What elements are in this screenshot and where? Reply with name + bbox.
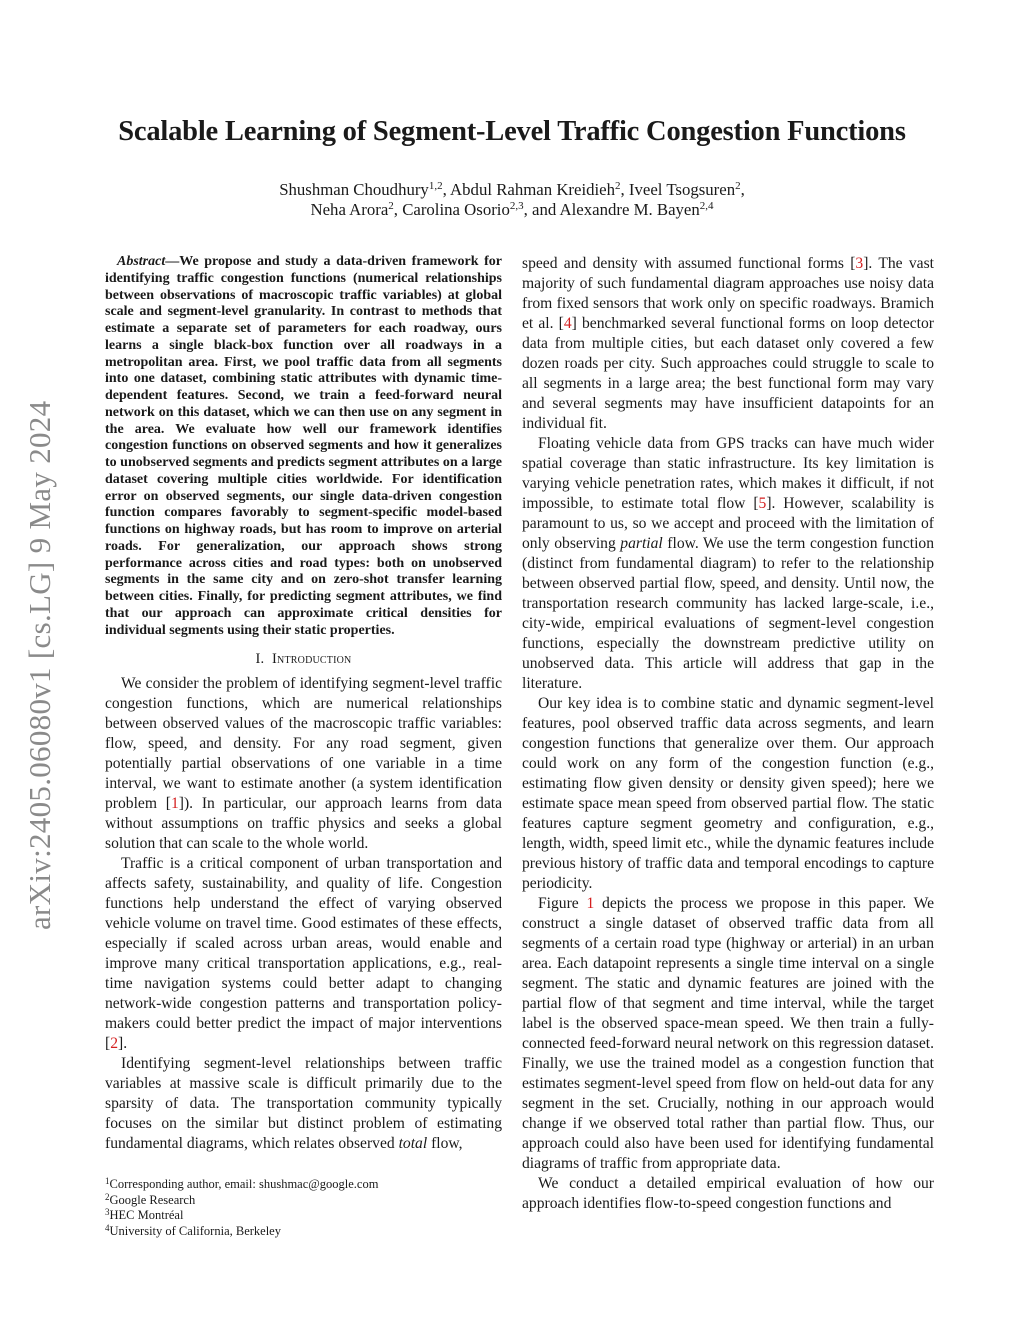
citation-link[interactable]: 2 — [110, 1035, 118, 1052]
author-name: Shushman Choudhury — [279, 180, 429, 199]
left-column: Abstract—We propose and study a data-dri… — [105, 254, 502, 1154]
author-name: Iveel Tsogsuren — [629, 180, 735, 199]
separator: , — [443, 180, 450, 199]
footnotes: 1Corresponding author, email: shushmac@g… — [105, 1177, 378, 1239]
intro-paragraph-3-continued: speed and density with assumed functiona… — [522, 254, 934, 434]
intro-paragraph-2: Traffic is a critical component of urban… — [105, 854, 502, 1054]
author-name: Alexandre M. Bayen — [560, 200, 700, 219]
section-title: Introduction — [272, 651, 351, 667]
footnote: 3HEC Montréal — [105, 1208, 378, 1224]
affiliation-mark: 1,2 — [429, 180, 443, 192]
separator: , — [741, 180, 745, 199]
intro-paragraph-3: Identifying segment-level relationships … — [105, 1054, 502, 1154]
footnote: 2Google Research — [105, 1193, 378, 1209]
intro-paragraph-1: We consider the problem of identifying s… — [105, 674, 502, 854]
text: Traffic is a critical component of urban… — [105, 855, 502, 1052]
paper-title: Scalable Learning of Segment-Level Traff… — [0, 116, 1024, 148]
separator: , — [394, 200, 402, 219]
emphasis: total — [399, 1135, 428, 1152]
footnote-text: Corresponding author, email: shushmac@go… — [110, 1177, 379, 1191]
footnote: 4University of California, Berkeley — [105, 1224, 378, 1240]
text: Figure — [538, 895, 586, 912]
citation-link[interactable]: 4 — [564, 315, 572, 332]
footnote: 1Corresponding author, email: shushmac@g… — [105, 1177, 378, 1193]
footnote-text: University of California, Berkeley — [110, 1224, 281, 1238]
section-number: I. — [256, 651, 265, 667]
separator: , — [621, 180, 629, 199]
arxiv-stamp: arXiv:2405.06080v1 [cs.LG] 9 May 2024 — [22, 401, 58, 930]
text: ]. — [118, 1035, 127, 1052]
affiliation-mark: 2,4 — [700, 200, 714, 212]
affiliation-mark: 2,3 — [510, 200, 524, 212]
intro-paragraph-4: Floating vehicle data from GPS tracks ca… — [522, 434, 934, 694]
abstract: Abstract—We propose and study a data-dri… — [105, 254, 502, 639]
text: ] benchmarked several functional forms o… — [522, 315, 934, 432]
abstract-label: Abstract — [117, 254, 165, 269]
text: flow. We use the term congestion functio… — [522, 535, 934, 692]
citation-link[interactable]: 1 — [171, 795, 179, 812]
text: flow, — [427, 1135, 462, 1152]
abstract-text: We propose and study a data-driven frame… — [105, 254, 502, 638]
text: depicts the process we propose in this p… — [522, 895, 934, 1172]
emphasis: partial — [620, 535, 662, 552]
author-name: Neha Arora — [310, 200, 388, 219]
abstract-dash: — — [165, 254, 179, 269]
section-heading: I. Introduction — [105, 651, 502, 668]
right-column: speed and density with assumed functiona… — [522, 254, 934, 1214]
author-name: Carolina Osorio — [402, 200, 510, 219]
author-line-2: Neha Arora2, Carolina Osorio2,3, and Ale… — [0, 200, 1024, 220]
intro-paragraph-7: We conduct a detailed empirical evaluati… — [522, 1174, 934, 1214]
intro-paragraph-6: Figure 1 depicts the process we propose … — [522, 894, 934, 1174]
author-line-1: Shushman Choudhury1,2, Abdul Rahman Krei… — [0, 180, 1024, 200]
author-name: Abdul Rahman Kreidieh — [450, 180, 615, 199]
text: speed and density with assumed functiona… — [522, 255, 855, 272]
text: We consider the problem of identifying s… — [105, 675, 502, 812]
footnote-text: HEC Montréal — [110, 1208, 184, 1222]
author-list: Shushman Choudhury1,2, Abdul Rahman Krei… — [0, 180, 1024, 220]
separator: , and — [524, 200, 560, 219]
footnote-text: Google Research — [110, 1193, 196, 1207]
intro-paragraph-5: Our key idea is to combine static and dy… — [522, 694, 934, 894]
